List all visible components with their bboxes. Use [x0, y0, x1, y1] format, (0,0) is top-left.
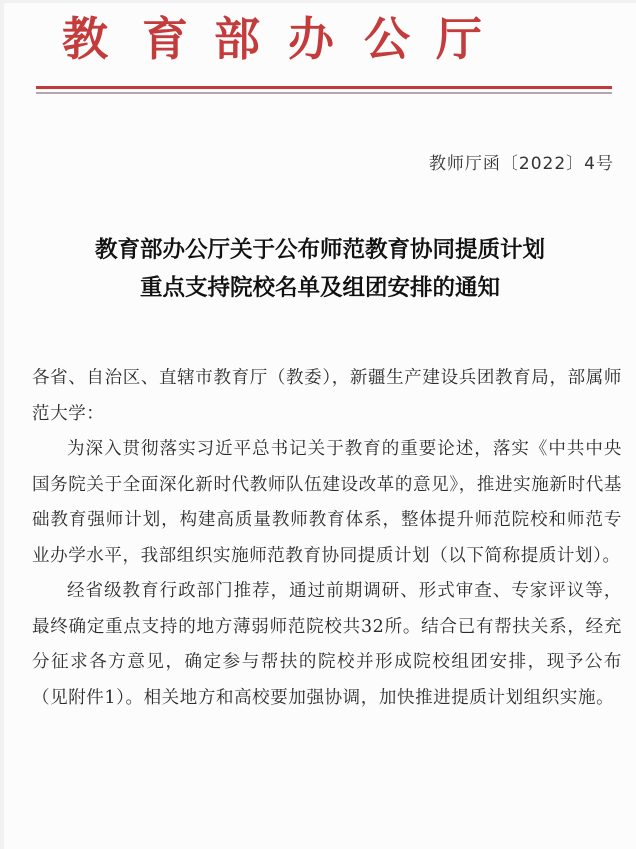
paragraph: 经省级教育行政部门推荐，通过前期调研、形式审查、专家评议等，最终确定重点支持的地…	[32, 574, 622, 716]
masthead-char: 育	[142, 9, 188, 69]
masthead-char: 办	[288, 9, 334, 69]
masthead-char: 教	[62, 9, 108, 69]
masthead-char: 公	[364, 9, 410, 69]
masthead-char: 厅	[436, 9, 482, 69]
masthead: 教 育 部 办 公 厅	[4, 9, 636, 69]
title-line-1: 教育部办公厅关于公布师范教育协同提质计划	[4, 231, 636, 269]
masthead-char: 部	[214, 9, 260, 69]
document-body: 各省、自治区、直辖市教育厅（教委），新疆生产建设兵团教育局，部属师范大学： 为深…	[32, 361, 622, 716]
document-page: 教 育 部 办 公 厅 教师厅函〔2022〕4号 教育部办公厅关于公布师范教育协…	[4, 3, 636, 849]
document-number: 教师厅函〔2022〕4号	[429, 149, 614, 174]
masthead-gray-rule	[36, 92, 612, 94]
title-line-2: 重点支持院校名单及组团安排的通知	[4, 269, 636, 307]
paragraph: 为深入贯彻落实习近平总书记关于教育的重要论述，落实《中共中央 国务院关于全面深化…	[32, 432, 622, 574]
masthead-red-rule	[36, 86, 612, 89]
document-title: 教育部办公厅关于公布师范教育协同提质计划 重点支持院校名单及组团安排的通知	[4, 231, 636, 307]
addressee: 各省、自治区、直辖市教育厅（教委），新疆生产建设兵团教育局，部属师范大学：	[32, 361, 622, 432]
